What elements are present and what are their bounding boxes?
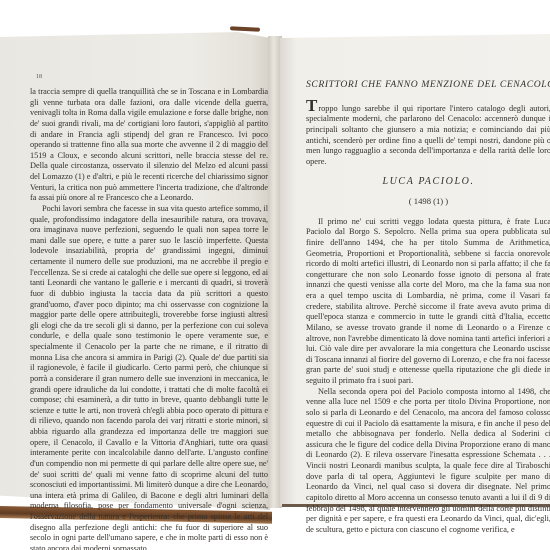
page-number: 18 [36,74,42,80]
date-label: ( 1498 (1) ) [306,196,550,207]
intro-text: roppo lungo sarebbe il qui riportare l'i… [306,104,550,166]
book-cover-edge-top [230,26,260,32]
author-heading: LUCA PACIOLO. [306,177,550,188]
right-page-text: SCRITTORI CHE FANNO MENZIONE DEL CENACOL… [306,80,550,535]
book-gutter [268,36,282,508]
paragraph: Pochi lavori sembra che facesse in sua v… [30,204,268,550]
intro-paragraph: Troppo lungo sarebbe il qui riportare l'… [306,100,550,168]
paragraph: Nella seconda opera poi del Paciolo comp… [306,387,550,536]
paragraph: la traccia sempre di quella tranquillità… [30,87,268,204]
drop-cap: T [306,96,317,115]
left-page-text: la traccia sempre di quella tranquillità… [30,87,268,550]
section-heading: SCRITTORI CHE FANNO MENZIONE DEL CENACOL… [306,80,550,91]
paragraph: Il primo ne' cui scritti veggo lodata qu… [306,217,550,387]
open-book: 18 la traccia sempre di quella tranquill… [0,0,550,550]
